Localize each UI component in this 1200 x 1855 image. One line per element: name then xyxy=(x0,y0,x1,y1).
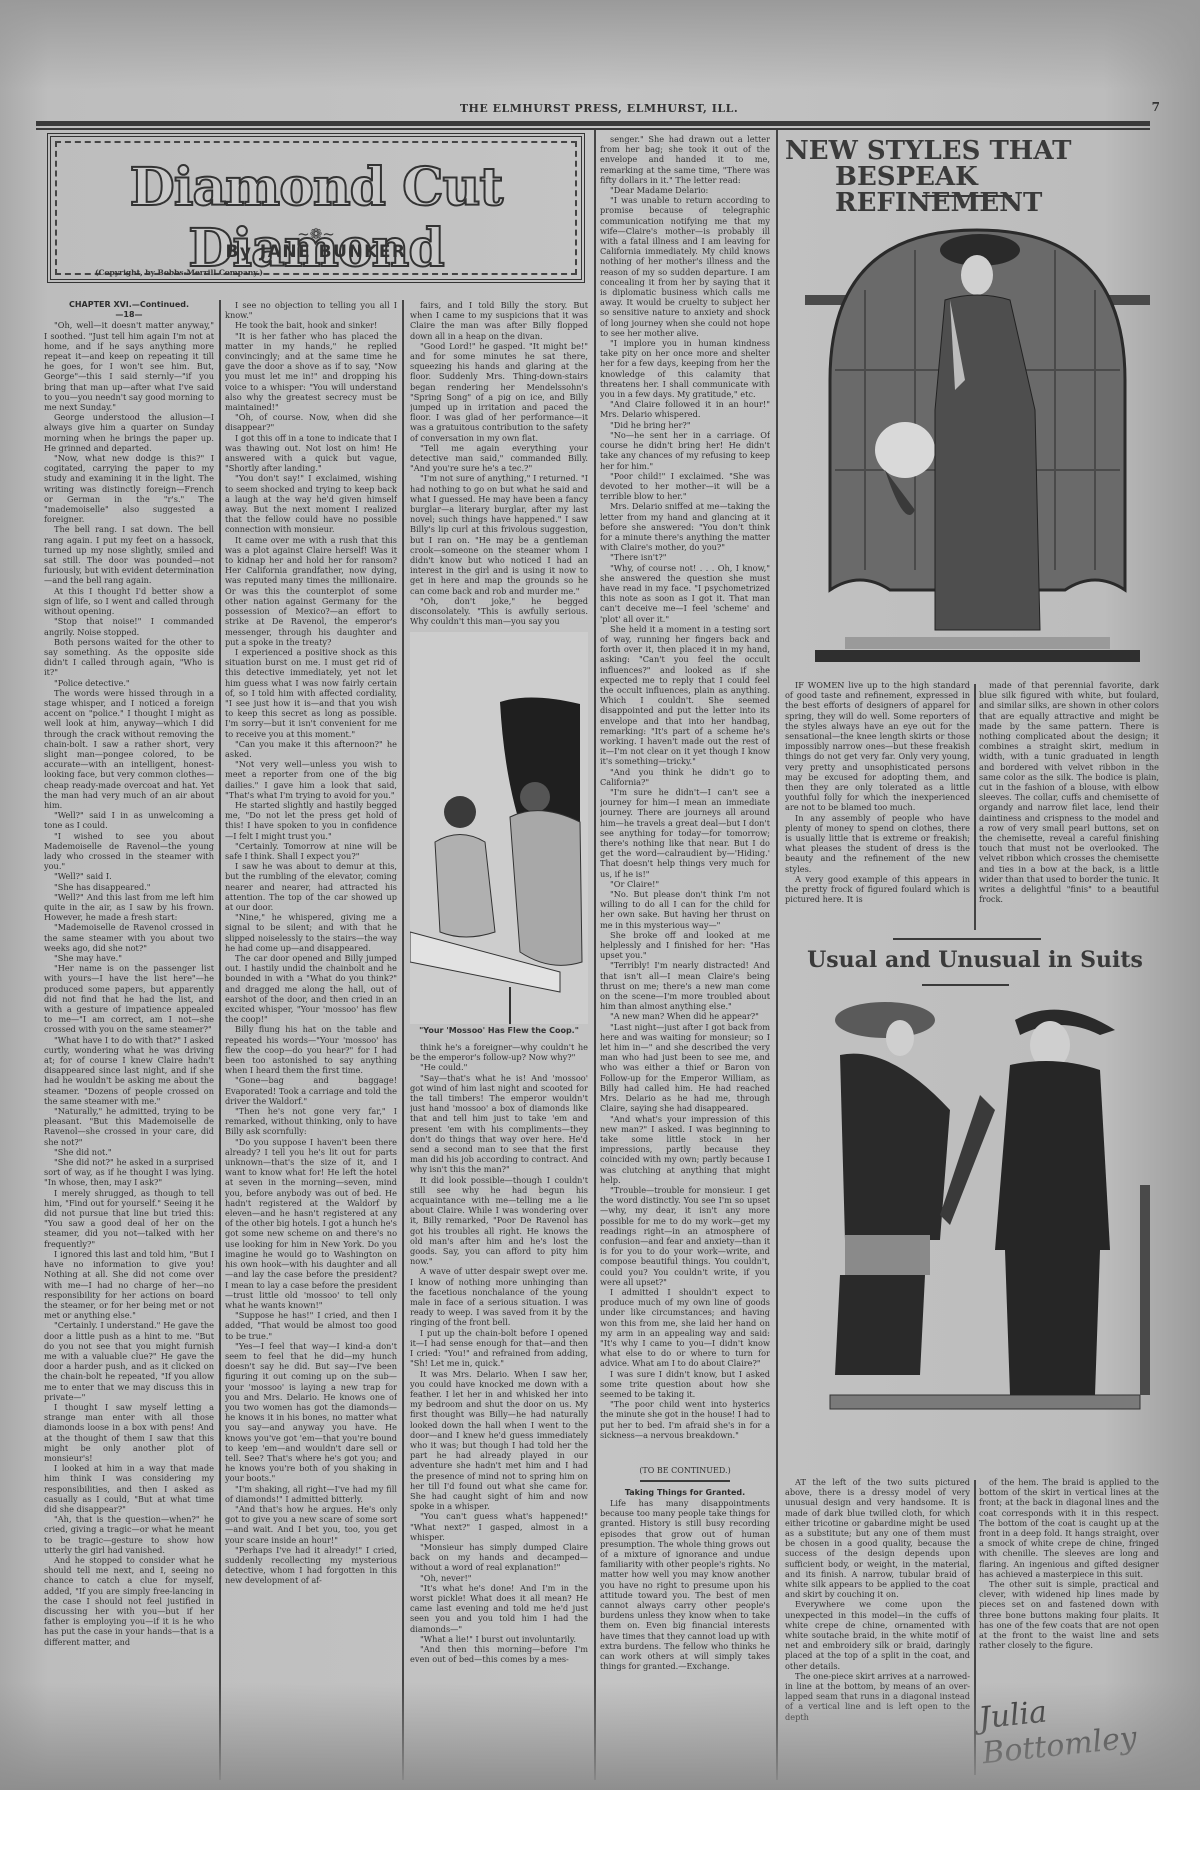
serial-byline: By JANE BUNKER xyxy=(51,242,581,262)
story-illustration xyxy=(410,632,588,1024)
story-paragraph: "Then he's not gone very far," I remarke… xyxy=(225,1106,397,1137)
story-paragraph: Mrs. Delario sniffed at me—taking the le… xyxy=(600,501,770,552)
masthead-rule xyxy=(36,121,1150,126)
story-paragraph: senger." She had drawn out a letter from… xyxy=(600,134,770,185)
headline-underline xyxy=(922,195,1012,197)
illustration-caption: "Your 'Mossoo' Has Flew the Coop." xyxy=(410,1026,588,1035)
story-paragraph: "Last night—just after I got back from h… xyxy=(600,1022,770,1114)
story-paragraph: He took the bait, hook and sinker! xyxy=(225,320,397,330)
story-paragraph: "And that's how he argues. He's only got… xyxy=(225,1504,397,1545)
story-paragraph: "No—he sent her in a carriage. Of course… xyxy=(600,430,770,471)
article-paragraph: of the hem. The braid is applied to the … xyxy=(979,1477,1159,1579)
story-paragraph: "Well?" And this last from me left him q… xyxy=(44,892,214,923)
story-paragraph: "A new man? When did he appear?" xyxy=(600,1011,770,1021)
story-paragraph: "She did not?" he asked in a surprised s… xyxy=(44,1157,214,1188)
story-paragraph: "Perhaps I've had it already!" I cried, … xyxy=(225,1545,397,1586)
story-paragraph: The car door opened and Billy jumped out… xyxy=(225,953,397,1024)
story-paragraph: "I was unable to return according to pro… xyxy=(600,195,770,338)
column-divider xyxy=(402,300,404,1780)
masthead-rule-thin xyxy=(36,128,1150,130)
headline-underline xyxy=(922,984,1009,986)
column-divider xyxy=(219,300,221,1780)
story-paragraph: I admitted I shouldn't expect to produce… xyxy=(600,1287,770,1369)
story-paragraph: "Say—that's what he is! And 'mossoo' got… xyxy=(410,1073,588,1175)
story-paragraph: "Suppose he has!" I cried, and then I ad… xyxy=(225,1310,397,1341)
story-paragraph: "And what's your impression of this new … xyxy=(600,1114,770,1185)
story-paragraph: "Do you suppose I haven't been there alr… xyxy=(225,1137,397,1310)
story-paragraph: "Oh, of course. Now, when did she disapp… xyxy=(225,412,397,432)
serial-banner: Diamond Cut Diamond ~❁~ By JANE BUNKER (… xyxy=(47,133,585,283)
column-divider xyxy=(974,684,976,930)
story-paragraph: "Now, what new dodge is this?" I cogitat… xyxy=(44,453,214,524)
story-paragraph: It did look possible—though I couldn't s… xyxy=(410,1175,588,1267)
article-paragraph: made of that perennial favorite, dark bl… xyxy=(979,680,1159,904)
story-paragraph: "Dear Madame Delario: xyxy=(600,185,770,195)
fashion-article-1-col-b: made of that perennial favorite, dark bl… xyxy=(979,680,1159,932)
fashion-headline-line-2: BESPEAK REFINEMENT xyxy=(785,164,1185,216)
story-paragraph: The words were hissed through in a stage… xyxy=(44,688,214,810)
story-paragraph: "She may have." xyxy=(44,953,214,963)
story-paragraph: "Good Lord!" he gasped. "It might be!" a… xyxy=(410,341,588,443)
author-signature: Julia Bottomley xyxy=(977,1679,1200,1772)
story-paragraph: "Poor child!" I exclaimed. "She was devo… xyxy=(600,471,770,502)
section-divider xyxy=(893,938,1041,940)
story-paragraph: I put up the chain-bolt before I opened … xyxy=(410,1328,588,1369)
story-paragraph: "There isn't?" xyxy=(600,552,770,562)
story-paragraph: "You can't guess what's happened!" "What… xyxy=(410,1511,588,1542)
serial-column-4: senger." She had drawn out a letter from… xyxy=(600,134,770,1464)
fashion-headline-2: Usual and Unusual in Suits xyxy=(795,947,1155,973)
story-paragraph: I got this off in a tone to indicate tha… xyxy=(225,433,397,474)
story-paragraph: "Why, of course not! . . . Oh, I know," … xyxy=(600,563,770,624)
story-paragraph: "Well?" said I in as unwelcoming a tone … xyxy=(44,810,214,830)
story-paragraph: She broke off and looked at me helplessl… xyxy=(600,930,770,961)
story-paragraph: "You don't say!" I exclaimed, wishing to… xyxy=(225,473,397,534)
article-paragraph: IF WOMEN live up to the high standard of… xyxy=(785,680,970,813)
story-paragraph: It was Mrs. Delario. When I saw her, you… xyxy=(410,1369,588,1512)
story-paragraph: think he's a foreigner—why couldn't he b… xyxy=(410,1042,588,1062)
fashion-headline-line-1: NEW STYLES THAT xyxy=(785,138,1185,164)
story-paragraph: "Police detective." xyxy=(44,678,214,688)
story-paragraph: "He could." xyxy=(410,1062,588,1072)
serial-column-3-top: fairs, and I told Billy the story. But w… xyxy=(410,300,588,630)
story-paragraph: "Not very well—unless you wish to meet a… xyxy=(225,759,397,800)
story-paragraph: "Did he bring her?" xyxy=(600,420,770,430)
story-paragraph: And he stopped to consider what he shoul… xyxy=(44,1555,214,1647)
page-number: 7 xyxy=(1152,100,1160,114)
story-paragraph: "Or Claire!" xyxy=(600,879,770,889)
story-paragraph: I ignored this last and told him, "But I… xyxy=(44,1249,214,1320)
fashion-photo-foulard-frock xyxy=(805,210,1150,670)
story-paragraph: I thought I saw myself letting a strange… xyxy=(44,1402,214,1463)
chapter-heading: CHAPTER XVI.—Continued. xyxy=(44,300,214,310)
serial-column-1: CHAPTER XVI.—Continued. —18— "Oh, well—i… xyxy=(44,300,214,1790)
story-paragraph: "I'm shaking, all right—I've had my fill… xyxy=(225,1484,397,1504)
story-paragraph: At this I thought I'd better show a sign… xyxy=(44,586,214,617)
serial-column-3-bottom: think he's a foreigner—why couldn't he b… xyxy=(410,1042,588,1790)
column-divider xyxy=(974,1480,976,1775)
serial-end-and-filler: (TO BE CONTINUED.) Taking Things for Gra… xyxy=(600,1466,770,1786)
column-divider xyxy=(776,130,778,1780)
story-paragraph: "Stop that noise!" I commanded angrily. … xyxy=(44,616,214,636)
story-paragraph: fairs, and I told Billy the story. But w… xyxy=(410,300,588,341)
story-paragraph: "Oh, never!" xyxy=(410,1573,588,1583)
short-divider xyxy=(640,1480,730,1482)
story-paragraph: "Naturally," he admitted, trying to be p… xyxy=(44,1106,214,1147)
story-paragraph: "I wished to see you about Mademoiselle … xyxy=(44,831,214,872)
story-paragraph: "It is her father who has placed the mat… xyxy=(225,331,397,413)
to-be-continued: (TO BE CONTINUED.) xyxy=(600,1466,770,1476)
story-paragraph: "Well?" said I. xyxy=(44,871,214,881)
masthead-title: THE ELMHURST PRESS, ELMHURST, ILL. xyxy=(36,102,1162,115)
fashion-photo-two-suits xyxy=(800,1000,1170,1415)
story-paragraph: "Oh, well—it doesn't matter anyway," I s… xyxy=(44,320,214,412)
story-paragraph: George understood the allusion—I always … xyxy=(44,412,214,453)
story-paragraph: I experienced a positive shock as this s… xyxy=(225,647,397,739)
story-paragraph: "And then this morning—before I'm even o… xyxy=(410,1644,588,1664)
fashion-article-2-col-b: of the hem. The braid is applied to the … xyxy=(979,1477,1159,1687)
story-paragraph: It came over me with a rush that this wa… xyxy=(225,535,397,647)
article-paragraph: The one-piece skirt arrives at a narrowe… xyxy=(785,1671,970,1722)
ornament-icon: ~❁~ xyxy=(51,225,581,243)
story-paragraph: The bell rang. I sat down. The bell rang… xyxy=(44,524,214,585)
story-paragraph: "Gone—bag and baggage! Evaporated! Took … xyxy=(225,1075,397,1106)
section-number: —18— xyxy=(44,310,214,320)
fashion-article-1-col-a: IF WOMEN live up to the high standard of… xyxy=(785,680,970,932)
story-paragraph: I merely shrugged, as though to tell him… xyxy=(44,1188,214,1249)
story-paragraph: "Her name is on the passenger list with … xyxy=(44,963,214,1034)
story-paragraph: "Oh, don't joke," he begged disconsolate… xyxy=(410,596,588,627)
story-paragraph: A wave of utter despair swept over me. I… xyxy=(410,1266,588,1327)
story-paragraph: "Yes—I feel that way—I kind-a don't seem… xyxy=(225,1341,397,1484)
story-paragraph: She held it a moment in a testing sort o… xyxy=(600,624,770,767)
story-paragraph: "I implore you in human kindness take pi… xyxy=(600,338,770,399)
story-paragraph: He started slightly and hastily begged m… xyxy=(225,800,397,841)
article-paragraph: AT the left of the two suits pictured ab… xyxy=(785,1477,970,1599)
story-paragraph: I saw he was about to demur at this, but… xyxy=(225,861,397,912)
story-paragraph: "Nine," he whispered, giving me a signal… xyxy=(225,912,397,953)
story-paragraph: "Monsieur has simply dumped Claire back … xyxy=(410,1542,588,1573)
story-paragraph: "It's what he's done! And I'm in the wor… xyxy=(410,1583,588,1634)
story-paragraph: "Trouble—trouble for monsieur. I get the… xyxy=(600,1185,770,1287)
story-paragraph: "What a lie!" I burst out involuntarily. xyxy=(410,1634,588,1644)
article-paragraph: In any assembly of people who have plent… xyxy=(785,813,970,874)
story-paragraph: "Certainly. I understand." He gave the d… xyxy=(44,1320,214,1402)
story-paragraph: "Tell me again everything your detective… xyxy=(410,443,588,474)
story-paragraph: "And Claire followed it in an hour!" Mrs… xyxy=(600,399,770,419)
fashion-article-2-col-a: AT the left of the two suits pictured ab… xyxy=(785,1477,970,1777)
article-paragraph: Everywhere we come upon the unexpected i… xyxy=(785,1599,970,1670)
story-paragraph: "What have I to do with that?" I asked c… xyxy=(44,1035,214,1106)
story-paragraph: "Mademoiselle de Ravenol crossed in the … xyxy=(44,922,214,953)
story-paragraph: "She did not." xyxy=(44,1147,214,1157)
story-paragraph: Both persons waited for the other to say… xyxy=(44,637,214,678)
story-paragraph: "I'm not sure of anything," I returned. … xyxy=(410,473,588,595)
story-paragraph: "Ah, that is the question—when?" he crie… xyxy=(44,1514,214,1555)
story-paragraph: "I'm sure he didn't—I can't see a journe… xyxy=(600,787,770,879)
story-paragraph: I looked at him in a way that made him t… xyxy=(44,1463,214,1514)
story-paragraph: "No. But please don't think I'm not will… xyxy=(600,889,770,930)
filler-body: Life has many disappointments because to… xyxy=(600,1498,770,1671)
story-paragraph: "Terribly! I'm nearly distracted! And th… xyxy=(600,960,770,1011)
serial-copyright: (Copyright, by Bobbs-Merrill Company.) xyxy=(95,268,263,277)
story-paragraph: "The poor child went into hysterics the … xyxy=(600,1399,770,1440)
story-paragraph: I was sure I didn't know, but I asked so… xyxy=(600,1369,770,1400)
story-paragraph: "She has disappeared." xyxy=(44,882,214,892)
newspaper-page: THE ELMHURST PRESS, ELMHURST, ILL. 7 Dia… xyxy=(0,0,1200,1790)
story-paragraph: "And you think he didn't go to Californi… xyxy=(600,767,770,787)
story-paragraph: Billy flung his hat on the table and rep… xyxy=(225,1024,397,1075)
filler-title: Taking Things for Granted. xyxy=(600,1488,770,1498)
story-paragraph: "Certainly. Tomorrow at nine will be saf… xyxy=(225,841,397,861)
column-divider xyxy=(594,130,596,1780)
article-paragraph: The other suit is simple, practical and … xyxy=(979,1579,1159,1650)
story-paragraph: I see no objection to telling you all I … xyxy=(225,300,397,320)
story-paragraph: "Can you make it this afternoon?" he ask… xyxy=(225,739,397,759)
fashion-headline-1: NEW STYLES THAT BESPEAK REFINEMENT xyxy=(785,138,1185,216)
serial-column-2: I see no objection to telling you all I … xyxy=(225,300,397,1790)
article-paragraph: A very good example of this appears in t… xyxy=(785,874,970,905)
